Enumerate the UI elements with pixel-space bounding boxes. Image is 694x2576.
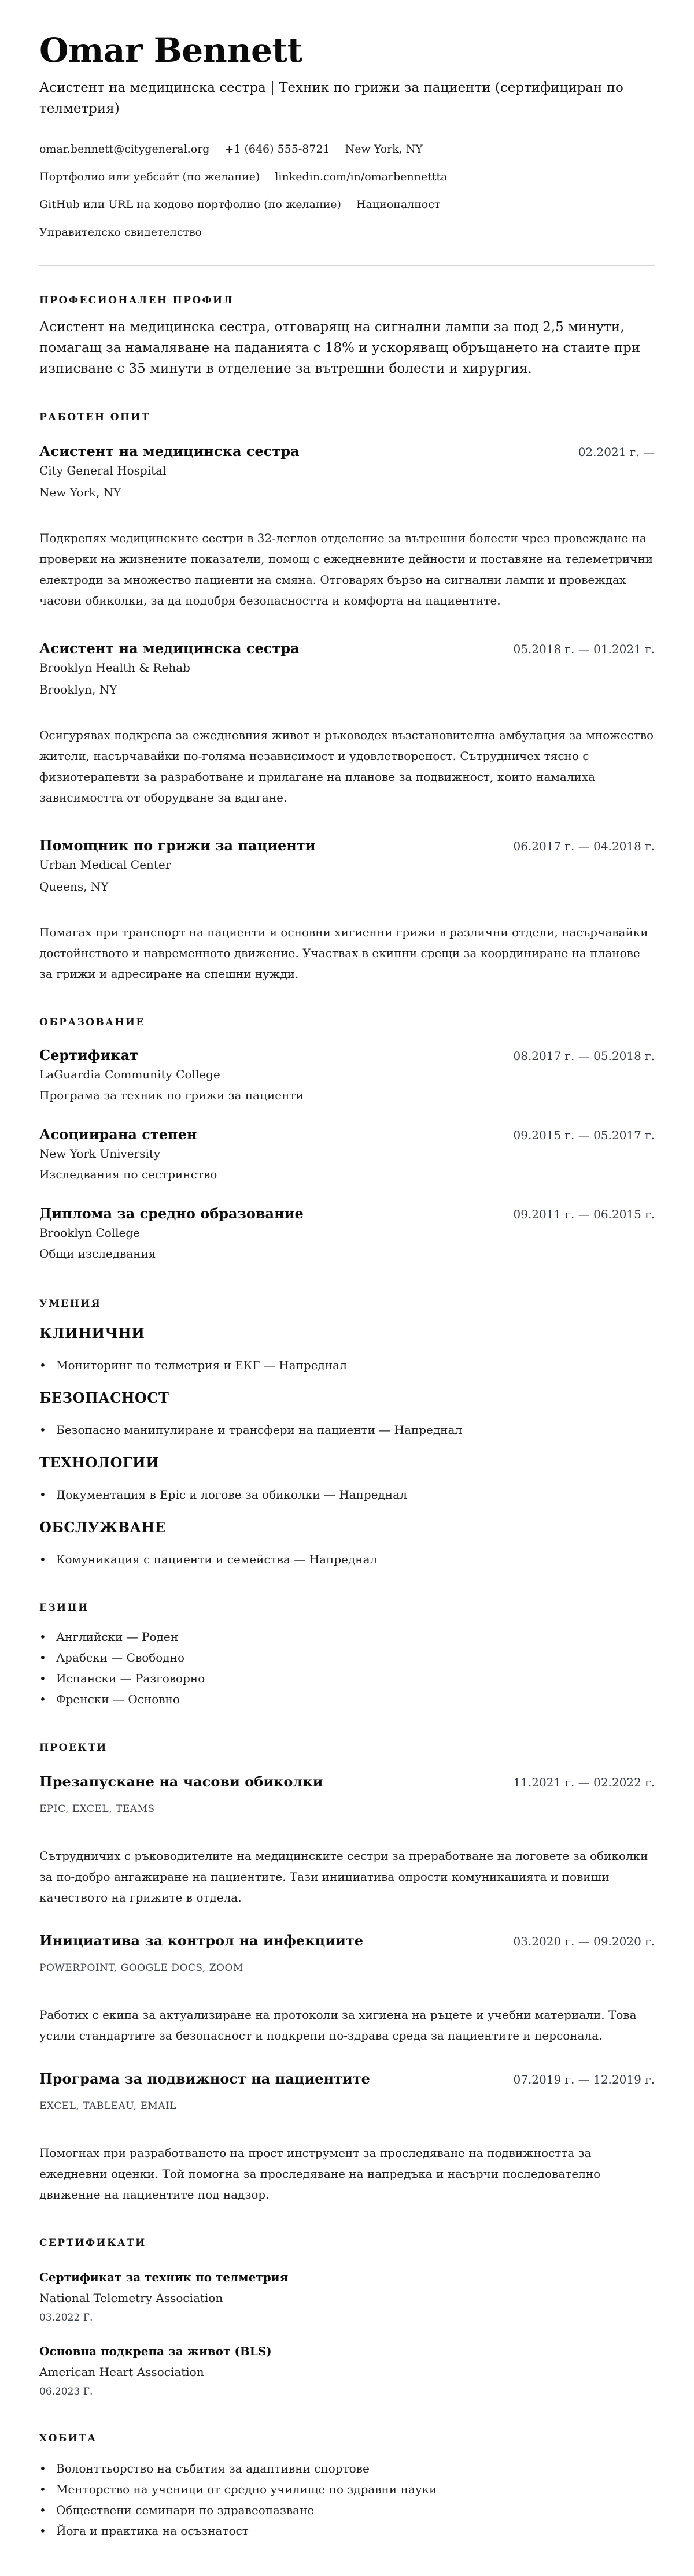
project-description: Сътрудничих с ръководителите на медицинс… bbox=[39, 1845, 655, 1908]
project-entry: Инициатива за контрол на инфекциите03.20… bbox=[39, 1931, 655, 2046]
contact-email[interactable]: omar.bennett@citygeneral.org bbox=[39, 143, 209, 155]
education-list: Сертификат08.2017 г. — 05.2018 г.LaGuard… bbox=[39, 1046, 655, 1266]
job-title: Асистент на медицинска сестра bbox=[39, 442, 300, 461]
skill-item: Безопасно манипулиране и трансфери на па… bbox=[39, 1419, 655, 1440]
contact-phone[interactable]: +1 (646) 555-8721 bbox=[224, 143, 330, 155]
skills-list: КлиничниМониторинг по телметрия и ЕКГ — … bbox=[39, 1324, 655, 1570]
language-item: Английски — Роден bbox=[39, 1626, 655, 1647]
field-of-study: Общи изследвания bbox=[39, 1241, 655, 1266]
section-title: Сертификати bbox=[39, 2236, 655, 2250]
contact-linkedin[interactable]: linkedin.com/in/omarbennettta bbox=[275, 171, 447, 183]
project-description: Помогнах при разработването на прост инс… bbox=[39, 2143, 655, 2205]
job-dates: 05.2018 г. — 01.2021 г. bbox=[513, 639, 655, 659]
language-item: Френски — Основно bbox=[39, 1689, 655, 1710]
job-description: Помагах при транспорт на пациенти и осно… bbox=[39, 922, 655, 984]
certification-title: Сертификат за техник по телметрия bbox=[39, 2267, 655, 2287]
section-title: Образование bbox=[39, 1015, 655, 1029]
section-skills: Умения КлиничниМониторинг по телметрия и… bbox=[39, 1297, 655, 1570]
school-name: LaGuardia Community College bbox=[39, 1066, 655, 1083]
resume-page: Omar Bennett Асистент на медицинска сест… bbox=[0, 0, 694, 2576]
contact-nationality: Националност bbox=[356, 198, 441, 211]
section-hobbies: Хобита Волонттьорство на събития за адап… bbox=[39, 2432, 655, 2541]
field-of-study: Изследвания по сестринство bbox=[39, 1162, 655, 1187]
header-divider bbox=[39, 265, 655, 266]
employer: Urban Medical Center bbox=[39, 856, 655, 873]
entry-header: Асистент на медицинска сестра02.2021 г. … bbox=[39, 442, 655, 462]
entry-header: Сертификат08.2017 г. — 05.2018 г. bbox=[39, 1046, 655, 1066]
contact-row: omar.bennett@citygeneral.org+1 (646) 555… bbox=[39, 135, 655, 163]
education-dates: 08.2017 г. — 05.2018 г. bbox=[513, 1046, 655, 1066]
contact-row: GitHub или URL на кодово портфолио (по ж… bbox=[39, 191, 655, 218]
skill-list: Мониторинг по телметрия и ЕКГ — Напредна… bbox=[39, 1355, 655, 1376]
certification-issuer: National Telemetry Association bbox=[39, 2287, 655, 2309]
entry-header: Диплома за средно образование09.2011 г. … bbox=[39, 1204, 655, 1224]
skill-list: Безопасно манипулиране и трансфери на па… bbox=[39, 1419, 655, 1440]
certification-date: 06.2023 г. bbox=[39, 2383, 655, 2400]
project-title: Презапускане на часови обиколки bbox=[39, 1772, 323, 1792]
education-entry: Диплома за средно образование09.2011 г. … bbox=[39, 1204, 655, 1266]
section-certifications: Сертификати Сертификат за техник по телм… bbox=[39, 2236, 655, 2400]
skill-category-title: Безопасност bbox=[39, 1388, 655, 1408]
candidate-headline: Асистент на медицинска сестра | Техник п… bbox=[39, 77, 655, 119]
language-item: Испански — Разговорно bbox=[39, 1668, 655, 1689]
section-title: Езици bbox=[39, 1601, 655, 1615]
contact-drivers-license: Управителско свидетелство bbox=[39, 226, 202, 239]
certification-date: 03.2022 г. bbox=[39, 2309, 655, 2326]
section-title: Умения bbox=[39, 1297, 655, 1311]
project-title: Програма за подвижност на пациентите bbox=[39, 2069, 370, 2089]
contact-location: New York, NY bbox=[345, 143, 423, 155]
skill-category-title: Обслужване bbox=[39, 1518, 655, 1537]
project-dates: 11.2021 г. — 02.2022 г. bbox=[513, 1773, 655, 1792]
skill-list: Комуникация с пациенти и семейства — Нап… bbox=[39, 1549, 655, 1570]
entry-header: Помощник по грижи за пациенти06.2017 г. … bbox=[39, 836, 655, 856]
projects-list: Презапускане на часови обиколки11.2021 г… bbox=[39, 1772, 655, 2205]
employer: Brooklyn Health & Rehab bbox=[39, 659, 655, 676]
project-tools: Excel, Tableau, Email bbox=[39, 2097, 655, 2115]
project-description: Работих с екипа за актуализиране на прот… bbox=[39, 2004, 655, 2046]
contact-github[interactable]: GitHub или URL на кодово портфолио (по ж… bbox=[39, 198, 341, 211]
project-entry: Презапускане на часови обиколки11.2021 г… bbox=[39, 1772, 655, 1908]
section-profile: Професионален профил Асистент на медицин… bbox=[39, 294, 655, 379]
work-entry: Асистент на медицинска сестра02.2021 г. … bbox=[39, 442, 655, 611]
skill-item: Комуникация с пациенти и семейства — Нап… bbox=[39, 1549, 655, 1570]
certifications-list: Сертификат за техник по телметрияNationa… bbox=[39, 2267, 655, 2400]
project-dates: 03.2020 г. — 09.2020 г. bbox=[513, 1932, 655, 1951]
degree-title: Асоциирана степен bbox=[39, 1125, 197, 1144]
hobby-item: Волонттьорство на събития за адаптивни с… bbox=[39, 2458, 655, 2479]
certification-issuer: American Heart Association bbox=[39, 2361, 655, 2383]
contact-row: Портфолио или уебсайт (по желание)linked… bbox=[39, 163, 655, 191]
section-education: Образование Сертификат08.2017 г. — 05.20… bbox=[39, 1015, 655, 1266]
entry-header: Програма за подвижност на пациентите07.2… bbox=[39, 2069, 655, 2089]
work-list: Асистент на медицинска сестра02.2021 г. … bbox=[39, 442, 655, 984]
entry-header: Инициатива за контрол на инфекциите03.20… bbox=[39, 1931, 655, 1951]
skill-item: Мониторинг по телметрия и ЕКГ — Напредна… bbox=[39, 1355, 655, 1376]
entry-header: Презапускане на часови обиколки11.2021 г… bbox=[39, 1772, 655, 1792]
job-location: Queens, NY bbox=[39, 874, 655, 899]
profile-summary: Асистент на медицинска сестра, отговарящ… bbox=[39, 317, 655, 379]
education-entry: Сертификат08.2017 г. — 05.2018 г.LaGuard… bbox=[39, 1046, 655, 1107]
entry-header: Асоциирана степен09.2015 г. — 05.2017 г. bbox=[39, 1125, 655, 1145]
skill-list: Документация в Epic и логове за обиколки… bbox=[39, 1484, 655, 1505]
section-title: Професионален профил bbox=[39, 294, 655, 307]
education-dates: 09.2015 г. — 05.2017 г. bbox=[513, 1125, 655, 1145]
entry-header: Асистент на медицинска сестра05.2018 г. … bbox=[39, 639, 655, 659]
section-title: Хобита bbox=[39, 2432, 655, 2445]
skill-category-title: Клинични bbox=[39, 1324, 655, 1343]
job-title: Помощник по грижи за пациенти bbox=[39, 836, 316, 855]
education-dates: 09.2011 г. — 06.2015 г. bbox=[513, 1204, 655, 1224]
job-dates: 02.2021 г. — bbox=[578, 442, 655, 462]
job-description: Подкрепях медицинските сестри в 32-легло… bbox=[39, 528, 655, 611]
hobby-item: Менторство на ученици от средно училище … bbox=[39, 2479, 655, 2500]
certification-entry: Сертификат за техник по телметрияNationa… bbox=[39, 2267, 655, 2326]
skill-item: Документация в Epic и логове за обиколки… bbox=[39, 1484, 655, 1505]
school-name: Brooklyn College bbox=[39, 1224, 655, 1241]
project-title: Инициатива за контрол на инфекциите bbox=[39, 1931, 363, 1951]
section-projects: Проекти Презапускане на часови обиколки1… bbox=[39, 1741, 655, 2205]
hobby-item: Обществени семинари по здравеопазване bbox=[39, 2500, 655, 2521]
job-dates: 06.2017 г. — 04.2018 г. bbox=[513, 836, 655, 856]
language-item: Арабски — Свободно bbox=[39, 1647, 655, 1668]
employer: City General Hospital bbox=[39, 462, 655, 479]
languages-list: Английски — РоденАрабски — СвободноИспан… bbox=[39, 1626, 655, 1710]
section-title: Проекти bbox=[39, 1741, 655, 1755]
section-languages: Езици Английски — РоденАрабски — Свободн… bbox=[39, 1601, 655, 1710]
resume-header: Omar Bennett Асистент на медицинска сест… bbox=[39, 32, 655, 266]
school-name: New York University bbox=[39, 1145, 655, 1162]
certification-entry: Основна подкрепа за живот (BLS)American … bbox=[39, 2341, 655, 2400]
project-entry: Програма за подвижност на пациентите07.2… bbox=[39, 2069, 655, 2205]
hobbies-list: Волонттьорство на събития за адаптивни с… bbox=[39, 2458, 655, 2541]
section-work-experience: Работен опит Асистент на медицинска сест… bbox=[39, 410, 655, 984]
degree-title: Сертификат bbox=[39, 1046, 138, 1065]
project-tools: PowerPoint, Google Docs, Zoom bbox=[39, 1959, 655, 1977]
hobby-item: Йога и практика на осъзнатост bbox=[39, 2521, 655, 2541]
work-entry: Асистент на медицинска сестра05.2018 г. … bbox=[39, 639, 655, 808]
certification-title: Основна подкрепа за живот (BLS) bbox=[39, 2341, 655, 2361]
job-location: New York, NY bbox=[39, 480, 655, 505]
contact-row: Управителско свидетелство bbox=[39, 218, 655, 246]
contact-portfolio[interactable]: Портфолио или уебсайт (по желание) bbox=[39, 171, 260, 183]
skill-category-title: Технологии bbox=[39, 1453, 655, 1473]
job-title: Асистент на медицинска сестра bbox=[39, 639, 300, 658]
project-tools: Epic, Excel, Teams bbox=[39, 1800, 655, 1818]
field-of-study: Програма за техник по грижи за пациенти bbox=[39, 1083, 655, 1107]
contact-info: omar.bennett@citygeneral.org+1 (646) 555… bbox=[39, 135, 655, 246]
job-description: Осигурявах подкрепа за ежедневния живот … bbox=[39, 725, 655, 808]
degree-title: Диплома за средно образование bbox=[39, 1204, 304, 1224]
job-location: Brooklyn, NY bbox=[39, 677, 655, 702]
education-entry: Асоциирана степен09.2015 г. — 05.2017 г.… bbox=[39, 1125, 655, 1187]
work-entry: Помощник по грижи за пациенти06.2017 г. … bbox=[39, 836, 655, 984]
candidate-name: Omar Bennett bbox=[39, 32, 655, 69]
section-title: Работен опит bbox=[39, 410, 655, 424]
project-dates: 07.2019 г. — 12.2019 г. bbox=[513, 2070, 655, 2089]
